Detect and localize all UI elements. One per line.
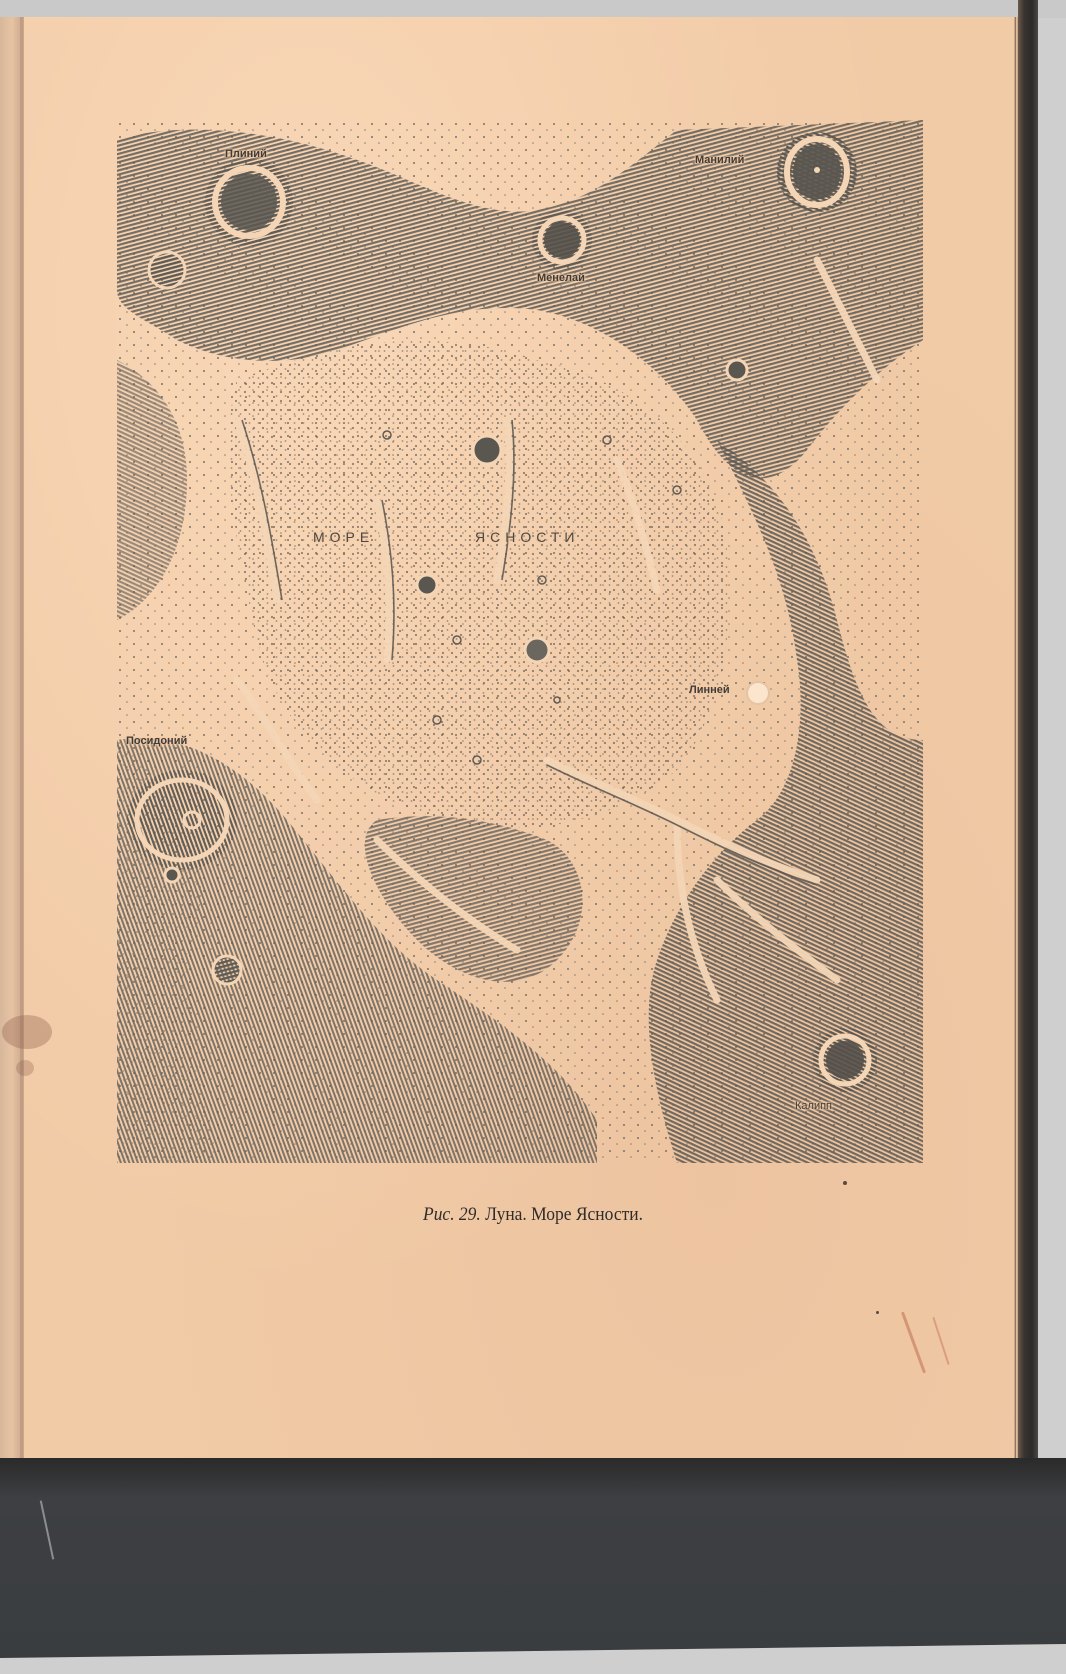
figure-caption: Рис. 29. Луна. Море Ясности. [43, 1204, 1024, 1226]
label-plinius: Плиний [225, 148, 267, 160]
page-stain-small [16, 1060, 34, 1076]
ink-speck [843, 1181, 847, 1185]
book-cover-edge [1018, 0, 1038, 1462]
figure-number: Рис. 29. [423, 1204, 481, 1225]
map-engraving [117, 120, 923, 1163]
crater-manilius [777, 132, 857, 212]
crater-posidonius [127, 770, 237, 870]
crater-linne [747, 682, 769, 704]
label-sea-word1: МОРЕ [313, 529, 374, 545]
page-stain [2, 1015, 52, 1049]
label-sea-word2: ЯСНОСТИ [475, 529, 579, 545]
figure-title: Луна. Море Ясности. [485, 1204, 643, 1225]
scanner-top-margin [0, 0, 1066, 18]
crater-menelaus [532, 210, 592, 270]
label-posidonius: Посидоний [126, 735, 187, 747]
gutter-crease [20, 17, 23, 1462]
scanner-bed-background [0, 1458, 1066, 1658]
crater-calippus [813, 1028, 877, 1092]
lunar-map-illustration: Плиний Манилий Менелай МОРЕ ЯСНОСТИ Поси… [117, 120, 923, 1163]
label-manilius: Манилий [695, 154, 744, 166]
crater-plinius [205, 158, 293, 246]
label-linne: Линней [689, 684, 730, 696]
label-menelaus: Менелай [537, 272, 585, 284]
label-calippus: Калипп [795, 1100, 832, 1112]
ink-speck [876, 1311, 879, 1314]
